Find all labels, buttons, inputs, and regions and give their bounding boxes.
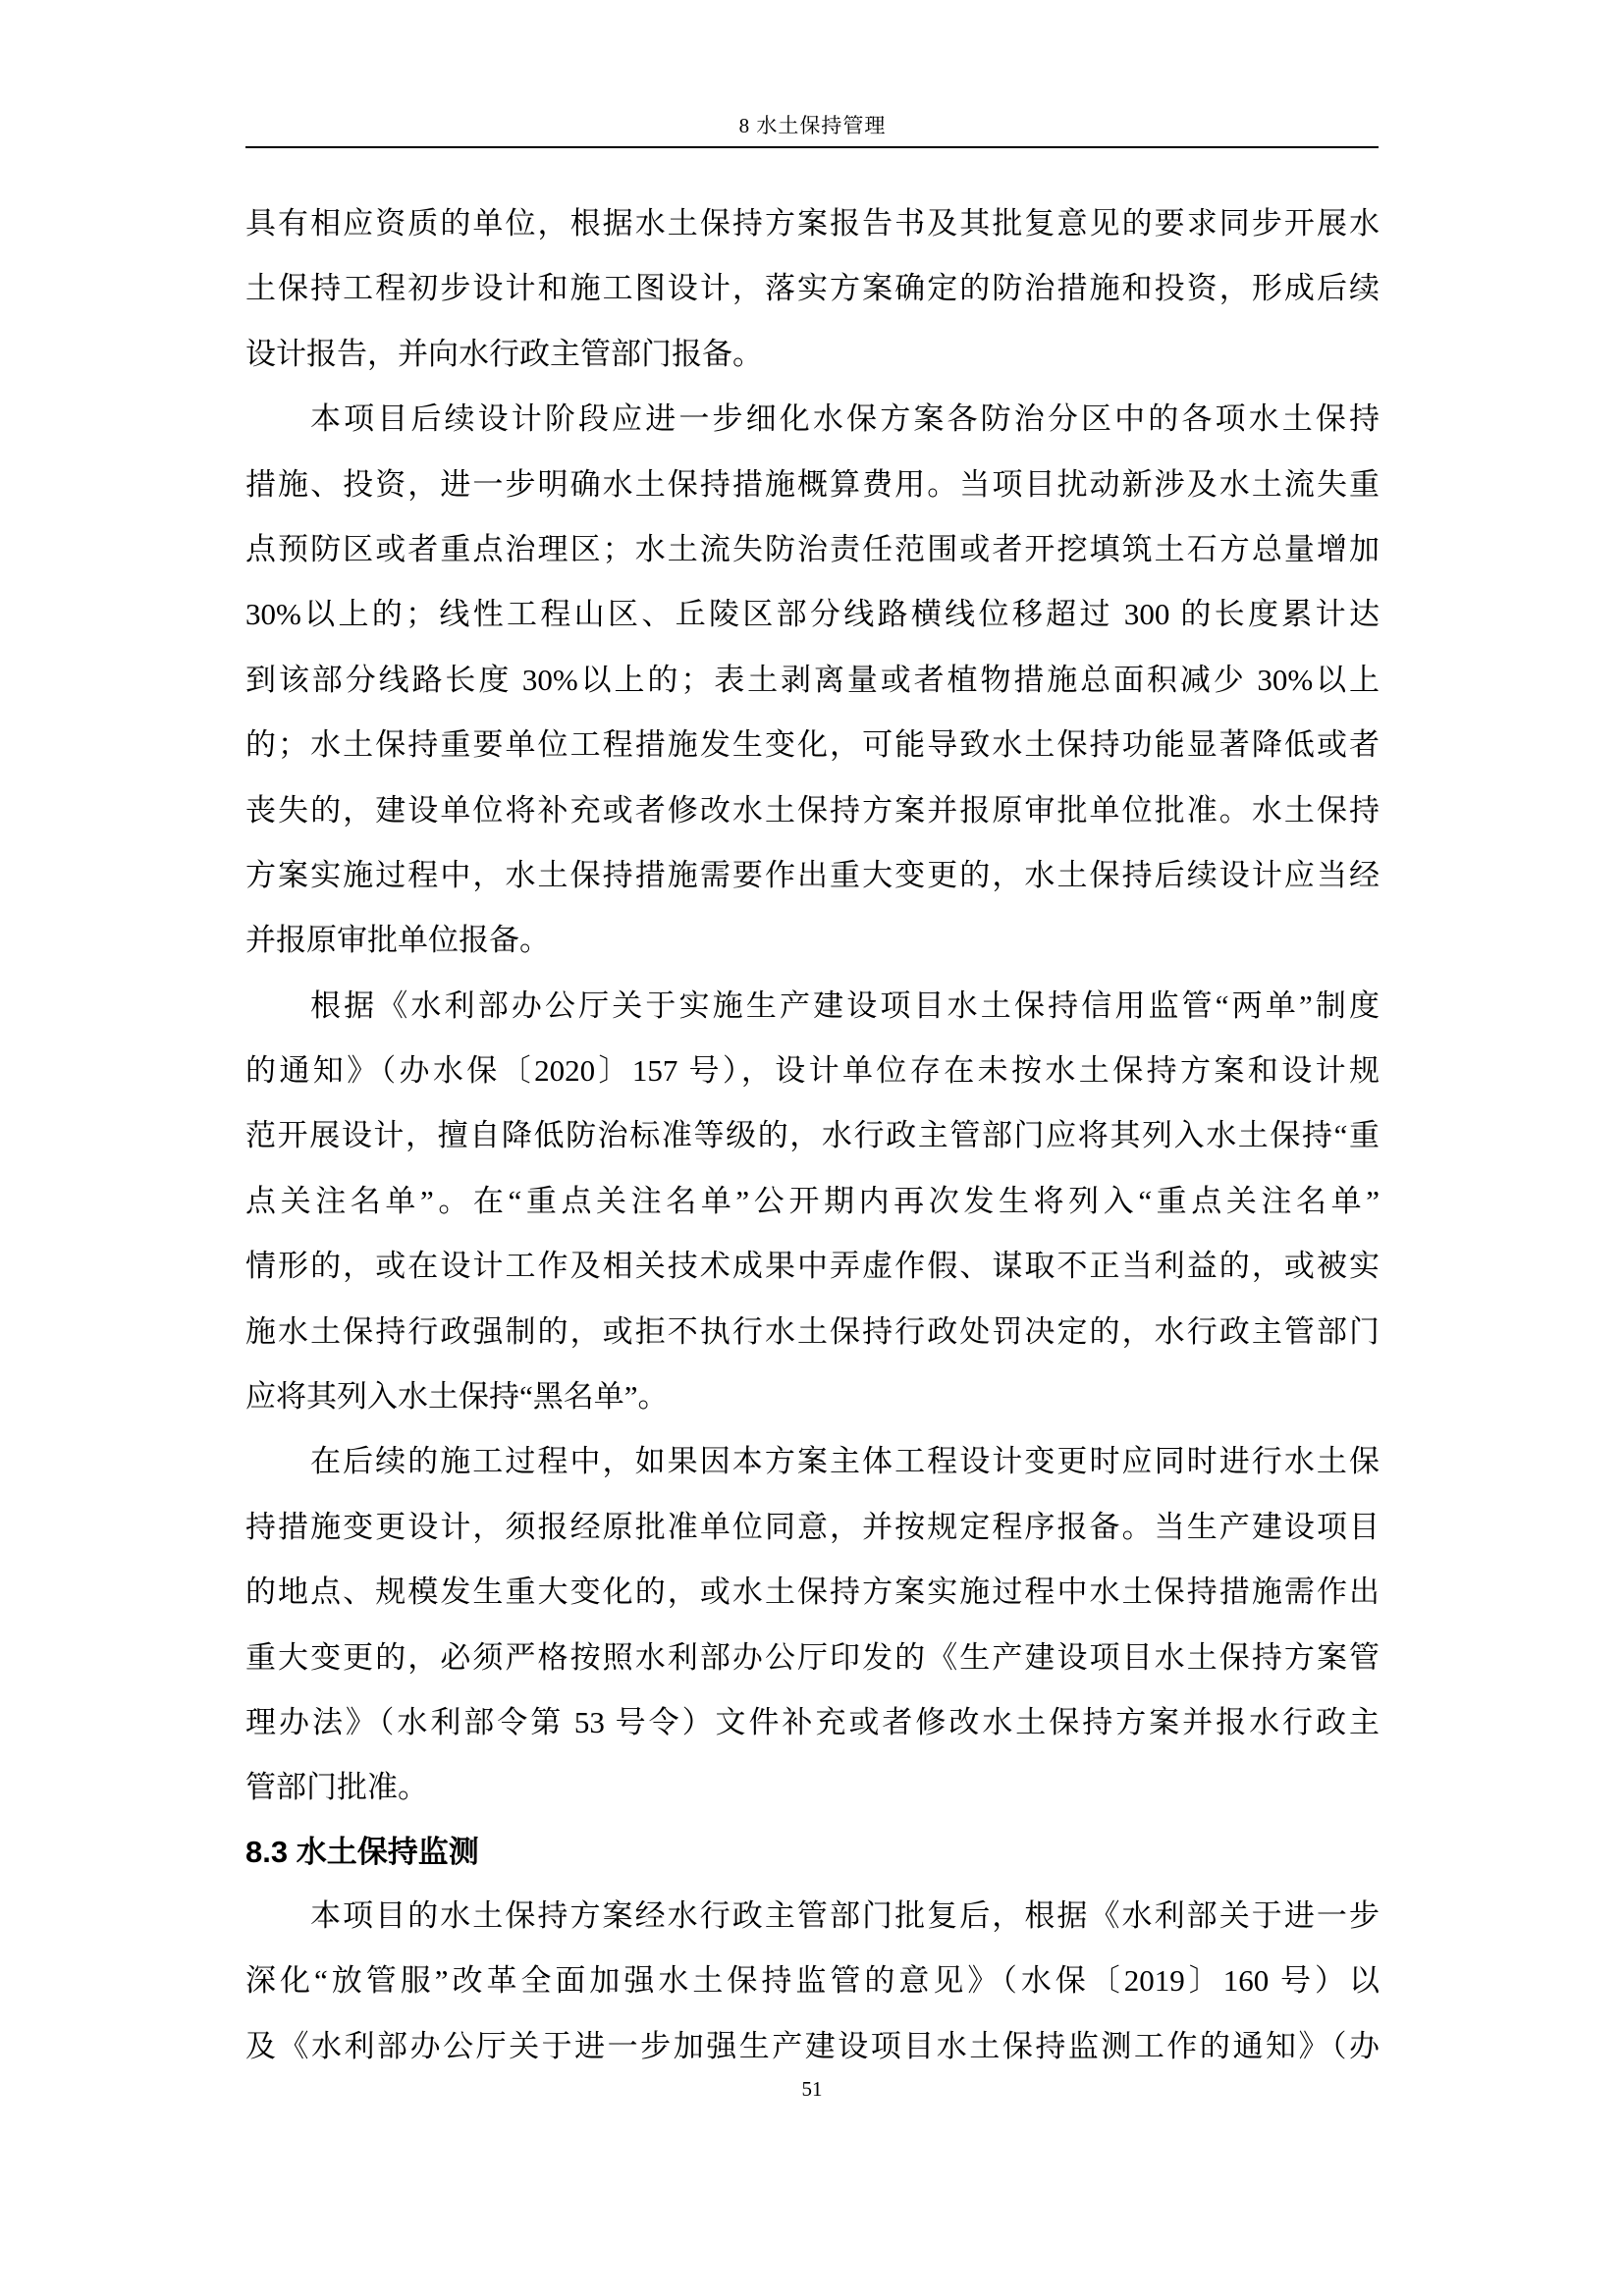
text-line: 在后续的施工过程中，如果因本方案主体工程设计变更时应同时进行水土保 <box>245 1429 1380 1494</box>
text-line: 理办法》（水利部令第 53 号令）文件补充或者修改水土保持方案并报水行政主 <box>245 1690 1380 1755</box>
text-line: 土保持工程初步设计和施工图设计，落实方案确定的防治措施和投资，形成后续 <box>245 256 1380 321</box>
text-line: 本项目的水土保持方案经水行政主管部门批复后，根据《水利部关于进一步 <box>245 1884 1380 1949</box>
text-line: 到该部分线路长度 30%以上的；表土剥离量或者植物措施总面积减少 30%以上 <box>245 648 1380 713</box>
text-line: 持措施变更设计，须报经原批准单位同意，并按规定程序报备。当生产建设项目 <box>245 1495 1380 1560</box>
text-line: 情形的，或在设计工作及相关技术成果中弄虚作假、谋取不正当利益的，或被实 <box>245 1234 1380 1299</box>
running-header: 8 水土保持管理 <box>245 110 1380 141</box>
text-line: 深化“放管服”改革全面加强水土保持监管的意见》（水保〔2019〕160 号）以 <box>245 1949 1380 2013</box>
text-line: 的通知》（办水保〔2020〕157 号），设计单位存在未按水土保持方案和设计规 <box>245 1039 1380 1103</box>
section-heading: 8.3 水土保持监测 <box>245 1821 1380 1884</box>
text-line: 管部门批准。 <box>245 1755 1380 1820</box>
text-line: 30%以上的；线性工程山区、丘陵区部分线路横线位移超过 300 的长度累计达 <box>245 582 1380 647</box>
text-line: 本项目后续设计阶段应进一步细化水保方案各防治分区中的各项水土保持 <box>245 387 1380 452</box>
text-line: 的地点、规模发生重大变化的，或水土保持方案实施过程中水土保持措施需作出 <box>245 1560 1380 1625</box>
text-line: 及《水利部办公厅关于进一步加强生产建设项目水土保持监测工作的通知》（办 <box>245 2014 1380 2079</box>
text-line: 范开展设计，擅自降低防治标准等级的，水行政主管部门应将其列入水土保持“重 <box>245 1103 1380 1168</box>
text-line: 施水土保持行政强制的，或拒不执行水土保持行政处罚决定的，水行政主管部门 <box>245 1300 1380 1364</box>
text-line: 具有相应资质的单位，根据水土保持方案报告书及其批复意见的要求同步开展水 <box>245 191 1380 256</box>
text-line: 并报原审批单位报备。 <box>245 908 1380 973</box>
text-line: 设计报告，并向水行政主管部门报备。 <box>245 322 1380 387</box>
text-line: 点预防区或者重点治理区；水土流失防治责任范围或者开挖填筑土石方总量增加 <box>245 517 1380 582</box>
header-divider <box>245 146 1379 148</box>
text-line: 的；水土保持重要单位工程措施发生变化，可能导致水土保持功能显著降低或者 <box>245 713 1380 777</box>
text-line: 重大变更的，必须严格按照水利部办公厅印发的《生产建设项目水土保持方案管 <box>245 1626 1380 1690</box>
body-text: 具有相应资质的单位，根据水土保持方案报告书及其批复意见的要求同步开展水 土保持工… <box>245 191 1380 2079</box>
text-line: 方案实施过程中，水土保持措施需要作出重大变更的，水土保持后续设计应当经 <box>245 843 1380 908</box>
page-number: 51 <box>0 2075 1624 2103</box>
text-line: 丧失的，建设单位将补充或者修改水土保持方案并报原审批单位批准。水土保持 <box>245 778 1380 843</box>
text-line: 措施、投资，进一步明确水土保持措施概算费用。当项目扰动新涉及水土流失重 <box>245 453 1380 517</box>
text-line: 点关注名单”。在“重点关注名单”公开期内再次发生将列入“重点关注名单” <box>245 1169 1380 1234</box>
text-line: 根据《水利部办公厅关于实施生产建设项目水土保持信用监管“两单”制度 <box>245 974 1380 1039</box>
text-line: 应将其列入水土保持“黑名单”。 <box>245 1364 1380 1429</box>
